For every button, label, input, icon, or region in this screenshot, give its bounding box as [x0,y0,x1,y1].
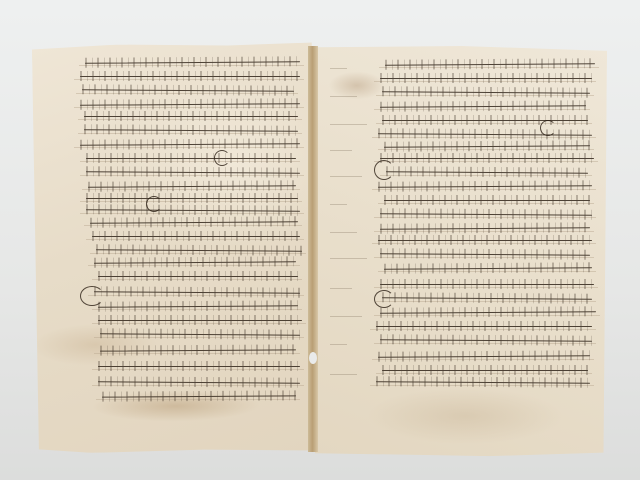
handwritten-line [376,381,590,384]
handwritten-line [378,355,590,358]
handwritten-line [86,158,296,159]
bleed-through-mark [330,374,357,375]
handwritten-line [382,120,588,121]
bleed-through-mark [330,150,352,151]
handwritten-line [380,311,596,314]
handwritten-line [84,116,298,117]
handwritten-line [382,370,588,371]
handwritten-line [385,63,595,66]
handwritten-line [80,76,300,77]
fold-hole [309,352,317,364]
handwritten-line [378,133,592,136]
handwritten-line [94,261,296,264]
handwritten-line [92,236,300,237]
capital-flourish [80,286,104,306]
handwritten-line [80,143,300,146]
bleed-through-mark [330,288,352,289]
handwritten-line [380,227,590,230]
center-fold [308,46,318,452]
handwritten-line [382,297,592,300]
handwritten-line [84,129,298,132]
handwritten-line [386,171,588,174]
handwritten-line [102,395,296,398]
handwritten-line [384,200,590,201]
handwritten-line [380,284,594,285]
handwritten-line [98,276,298,277]
handwritten-line [86,209,300,212]
handwritten-line [378,185,592,188]
bleed-through-mark [330,232,357,233]
capital-flourish [374,160,394,180]
capital-flourish [146,196,162,212]
photo-background [0,0,640,480]
handwritten-line [380,253,590,256]
handwritten-line [98,366,300,367]
handwritten-line [380,78,592,79]
handwritten-line [86,171,300,174]
bleed-through-mark [330,204,347,205]
handwritten-line [382,91,590,94]
handwritten-line [380,339,592,342]
handwritten-line [98,305,298,308]
bleed-through-mark [330,258,367,259]
handwritten-line [378,240,592,241]
handwritten-line [80,103,300,106]
bleed-through-mark [330,96,357,97]
bleed-through-mark [330,176,362,177]
bleed-through-mark [330,344,347,345]
bleed-through-mark [330,68,347,69]
bleed-through-mark [330,316,362,317]
handwritten-line [96,249,302,252]
handwritten-line [86,198,298,199]
handwritten-line [100,333,300,336]
handwritten-line [384,145,590,148]
bleed-through-mark [330,124,367,125]
capital-flourish [540,120,556,136]
capital-flourish [374,290,394,308]
handwritten-line [82,89,294,92]
handwritten-line [380,105,586,108]
handwritten-line [100,349,296,352]
handwritten-line [94,291,300,294]
handwritten-line [88,185,296,188]
capital-flourish [214,150,230,166]
handwritten-line [380,213,592,216]
handwritten-line [98,381,300,384]
handwritten-line [376,326,592,327]
handwritten-line [98,320,302,321]
handwritten-line [380,158,594,159]
handwritten-line [90,221,298,224]
handwritten-line [384,267,592,270]
handwritten-line [85,61,300,64]
